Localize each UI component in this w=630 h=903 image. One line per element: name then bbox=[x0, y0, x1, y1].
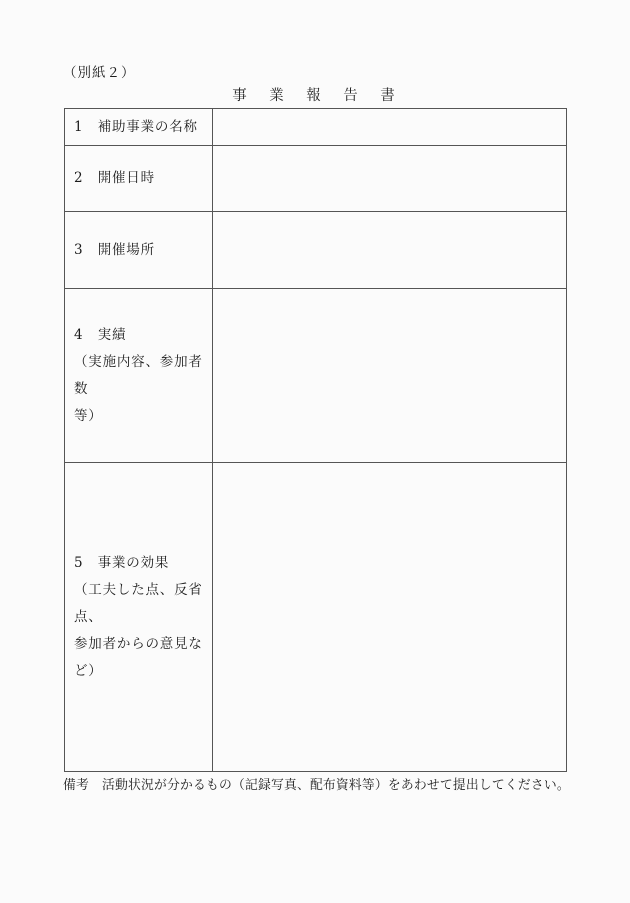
row-label-date-time: 2 開催日時 bbox=[65, 146, 213, 211]
footer-note: 備考 活動状況が分かるもの（記録写真、配布資料等）をあわせて提出してください。 bbox=[63, 777, 603, 794]
table-row-effects: 5 事業の効果 （工夫した点、反省点、 参加者からの意見など） bbox=[65, 463, 566, 771]
row-value-date-time bbox=[213, 146, 566, 211]
row-label-effects: 5 事業の効果 （工夫した点、反省点、 参加者からの意見など） bbox=[65, 463, 213, 771]
row-value-venue bbox=[213, 212, 566, 288]
row-label-results: 4 実績 （実施内容、参加者数 等） bbox=[65, 289, 213, 462]
table-row-results: 4 実績 （実施内容、参加者数 等） bbox=[65, 289, 566, 463]
row-label-venue: 3 開催場所 bbox=[65, 212, 213, 288]
row-value-project-name bbox=[213, 109, 566, 145]
row-value-effects bbox=[213, 463, 566, 771]
row-label-project-name: 1 補助事業の名称 bbox=[65, 109, 213, 145]
row-value-results bbox=[213, 289, 566, 462]
attachment-label: （別紙２） bbox=[63, 61, 136, 81]
report-form-table: 1 補助事業の名称 2 開催日時 3 開催場所 4 実績 （実施内容、参加者数 … bbox=[64, 108, 567, 772]
table-row-date-time: 2 開催日時 bbox=[65, 146, 566, 212]
document-page: （別紙２） 事 業 報 告 書 1 補助事業の名称 2 開催日時 3 開催場所 … bbox=[0, 0, 630, 903]
table-row-venue: 3 開催場所 bbox=[65, 212, 566, 289]
table-row-project-name: 1 補助事業の名称 bbox=[65, 109, 566, 146]
document-title: 事 業 報 告 書 bbox=[64, 84, 567, 105]
